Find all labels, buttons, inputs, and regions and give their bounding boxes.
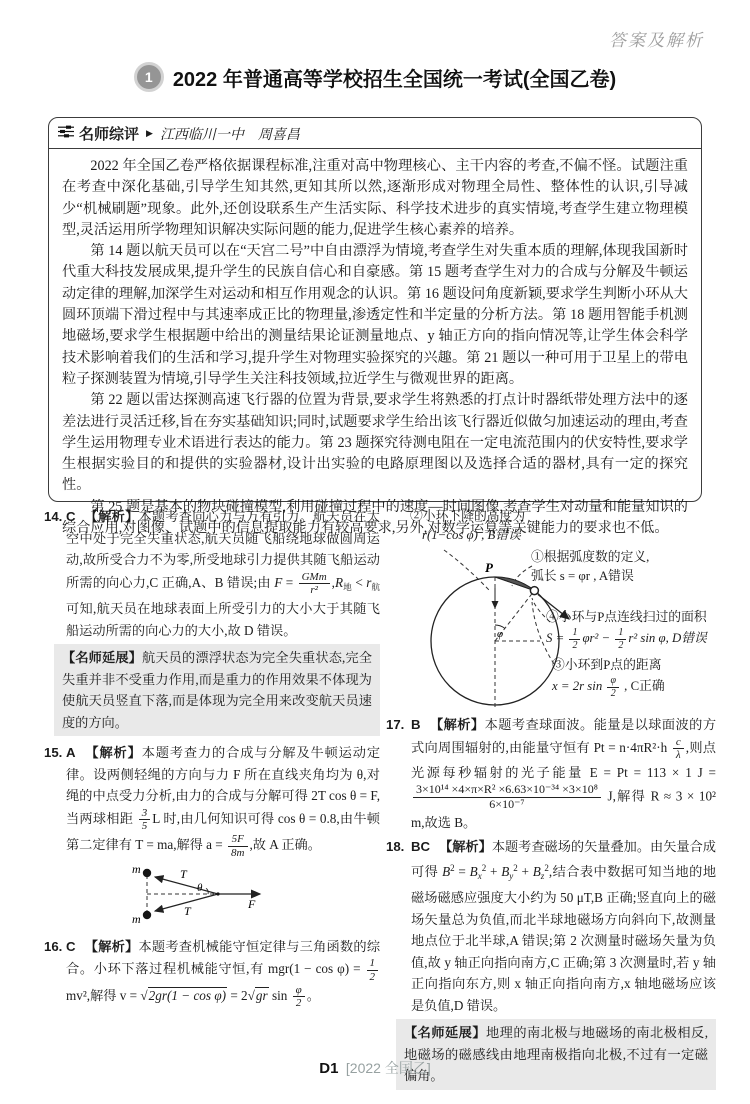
answer-item-15: 15. A【解析】本题考查力的合成与分解及牛顿运动定律。设两侧轻绳的方向与力 F… — [44, 742, 380, 859]
annotation-formula: x = 2r sin — [552, 679, 605, 693]
fraction-denominator: λ — [673, 749, 684, 762]
small-ring — [530, 587, 538, 595]
text-run: ,故 A 正确。 — [250, 837, 321, 852]
answer-item-17: 17. B【解析】本题考查球面波。能量是以球面波的方式向周围辐射的,由能量守恒有… — [386, 714, 716, 833]
fraction: cλ — [673, 736, 684, 762]
teacher-review-box: 名师综评 ▶ 江西临川一中 周喜昌 2022 年全国乙卷严格依据课程标准,注重对… — [48, 117, 702, 502]
radicand: 2gr(1 − cos φ) — [148, 987, 227, 1003]
review-header-label: 名师综评 — [79, 123, 139, 144]
math-subscript: 地 — [343, 582, 352, 592]
annotation-line: ③小环到P点的距离 — [552, 656, 665, 675]
mass-label: m — [132, 912, 141, 926]
text-run: < — [352, 575, 366, 590]
fraction: 12 — [367, 957, 379, 983]
math-var: B — [470, 864, 478, 879]
radical-sign: √ — [140, 988, 147, 1003]
extension-tag: 【名师延展】 — [404, 1025, 486, 1040]
fraction-denominator: 5 — [139, 820, 151, 833]
angle-phi-label: φ — [497, 628, 503, 640]
annotation-height: ②小环下降的高度为 r(1−cos φ) , B错误 — [410, 507, 525, 545]
section-number-badge: 1 — [134, 62, 164, 92]
review-author: 江西临川一中 周喜昌 — [160, 124, 300, 144]
fraction: 35 — [139, 807, 151, 833]
review-paragraph: 第 22 题以雷达探测高速飞行器的位置为背景,要求学生将熟悉的打点计时器纸带处理… — [62, 390, 688, 496]
answer-number: 18. — [386, 836, 404, 858]
fraction: φ2 — [293, 984, 305, 1010]
answer-item-14: 14. C【解析】本题考查向心力与万有引力。航天员在太空中处于完全失重状态,航天… — [44, 506, 380, 641]
math-var: B — [442, 864, 450, 879]
force-diagram: m m T T θ F — [130, 863, 380, 934]
math-var: B — [533, 864, 541, 879]
text-run: = 2 — [227, 988, 248, 1003]
analysis-tag: 【解析】 — [85, 509, 139, 524]
fraction-denominator: 2 — [615, 640, 626, 652]
square-root: √2gr(1 − cos φ) — [140, 987, 227, 1003]
teacher-extension-note: 【名师延展】航天员的漂浮状态为完全失重状态,完全失重并非不受重力作用,而是重力的… — [54, 644, 380, 736]
fraction-denominator: 2 — [607, 688, 619, 700]
fraction: 3×10¹⁴ ×4×π×R² ×6.63×10⁻³⁴ ×3×10⁸6×10⁻⁷ — [413, 783, 601, 812]
radical-sign: √ — [248, 988, 255, 1003]
page-footer: D1 [2022 全国乙] — [0, 1058, 750, 1078]
answer-number: 16. — [44, 936, 62, 958]
annotation-formula: , C正确 — [621, 679, 665, 693]
text-run: = — [282, 575, 296, 590]
footer-exam-tag: [2022 全国乙] — [346, 1060, 431, 1076]
fraction-numerator: c — [673, 736, 684, 750]
fraction-numerator: φ — [607, 675, 619, 688]
fraction-numerator: 1 — [367, 957, 379, 971]
fraction-denominator: r² — [299, 584, 330, 597]
annotation-line: 弧长 s = φr , A错误 — [531, 567, 649, 586]
review-paragraph: 2022 年全国乙卷严格依据课程标准,注重对高中物理核心、主干内容的考查,不偏不… — [62, 156, 688, 241]
text-run: + — [518, 864, 533, 879]
fraction: 12 — [569, 627, 580, 651]
page-corner-label: 答案及解析 — [609, 26, 704, 51]
answer-number: 15. — [44, 742, 62, 764]
tension-label: T — [180, 867, 188, 881]
text-run: 。 — [307, 988, 320, 1003]
fraction-numerator: 1 — [615, 627, 626, 640]
annotation-formula: r(1−cos φ) , B错误 — [422, 528, 521, 542]
angle-label: θ — [197, 882, 203, 894]
mass-label: m — [132, 863, 141, 876]
footer-page-code: D1 — [319, 1060, 338, 1077]
annotation-line: ④小环与P点连线扫过的面积 — [546, 608, 718, 627]
fraction-denominator: 2 — [293, 997, 305, 1010]
annotation-formula: φr² − — [582, 631, 613, 645]
fraction-numerator: 1 — [569, 627, 580, 640]
left-column: 14. C【解析】本题考查向心力与万有引力。航天员在太空中处于完全失重状态,航天… — [44, 506, 380, 1013]
math-subscript: 航 — [371, 582, 380, 592]
analysis-tag: 【解析】 — [85, 745, 142, 760]
fraction-numerator: φ — [293, 984, 305, 998]
exam-title-row: 1 2022 年普通高等学校招生全国统一考试(全国乙卷) — [0, 62, 750, 92]
text-run: sin — [269, 988, 291, 1003]
answer-letter: C — [66, 939, 76, 954]
answer-letter: C — [66, 509, 76, 524]
annotation-formula: r² sin φ, D错误 — [628, 631, 706, 645]
answer-letter: A — [66, 745, 76, 760]
text-run: + — [486, 864, 501, 879]
fraction-denominator: 2 — [367, 971, 379, 984]
fraction-numerator: GMm — [299, 571, 330, 585]
fraction-denominator: 6×10⁻⁷ — [413, 798, 601, 812]
fraction: GMmr² — [299, 571, 330, 597]
annotation-swept-area: ④小环与P点连线扫过的面积 S = 12φr² − 12r² sin φ, D错… — [546, 608, 718, 651]
answer-letter: BC — [411, 839, 430, 854]
answer-page: 答案及解析 1 2022 年普通高等学校招生全国统一考试(全国乙卷) 名师综评 … — [0, 0, 750, 1104]
analysis-tag: 【解析】 — [439, 839, 492, 854]
fraction: 12 — [615, 627, 626, 651]
review-header: 名师综评 ▶ 江西临川一中 周喜昌 — [49, 118, 701, 149]
fraction-numerator: 3×10¹⁴ ×4×π×R² ×6.63×10⁻³⁴ ×3×10⁸ — [413, 783, 601, 798]
triangle-marker-icon: ▶ — [146, 128, 153, 139]
analysis-tag: 【解析】 — [430, 717, 485, 732]
answer-number: 17. — [386, 714, 404, 736]
force-label: F — [247, 897, 256, 911]
fraction: 5F8m — [228, 833, 247, 859]
annotation-arc-length: ①根据弧度数的定义, 弧长 s = φr , A错误 — [531, 548, 649, 586]
fraction-numerator: 3 — [139, 807, 151, 821]
sliders-icon — [58, 125, 74, 143]
answer-letter: B — [411, 717, 421, 732]
fraction-denominator: 2 — [569, 640, 580, 652]
fraction: φ2 — [607, 675, 619, 699]
review-paragraph: 第 14 题以航天员可以在“天宫二号”中自由漂浮为情境,考查学生对失重本质的理解… — [62, 241, 688, 390]
extension-tag: 【名师延展】 — [62, 650, 142, 665]
tension-label: T — [184, 904, 192, 918]
text-run: ,结合表中数据可知当地的地磁场磁感应强度大小约为 50 μT,B 正确;竖直向上… — [411, 864, 716, 1013]
annotation-distance: ③小环到P点的距离 x = 2r sin φ2 , C正确 — [552, 656, 665, 699]
analysis-tag: 【解析】 — [85, 939, 139, 954]
ball-bottom — [143, 911, 151, 919]
annotation-line: x = 2r sin φ2 , C正确 — [552, 675, 665, 699]
exam-title: 2022 年普通高等学校招生全国统一考试(全国乙卷) — [173, 63, 616, 92]
review-body: 2022 年全国乙卷严格依据课程标准,注重对高中物理核心、主干内容的考查,不偏不… — [49, 149, 701, 539]
fraction-denominator: 8m — [228, 847, 247, 860]
annotation-formula: S = — [546, 631, 567, 645]
text-run: mv²,解得 v = — [66, 988, 140, 1003]
annotation-line: S = 12φr² − 12r² sin φ, D错误 — [546, 627, 718, 651]
annotation-line: ②小环下降的高度为 — [410, 507, 525, 526]
answer-number: 14. — [44, 506, 62, 528]
annotation-line: ①根据弧度数的定义, — [531, 548, 649, 567]
point-p-label: P — [485, 560, 494, 575]
answer-item-18: 18. BC【解析】本题考查磁场的矢量叠加。由矢量合成可得 B2 = Bx2 +… — [386, 836, 716, 1016]
teacher-extension-note: 【名师延展】地理的南北极与地磁场的南北极相反,地磁场的磁感线由地理南极指向北极,… — [396, 1019, 716, 1090]
circle-diagram: P φ ②小环下降的高度为 r(1−cos φ) , B错误 ①根据弧度数的定义… — [386, 504, 716, 711]
math-var: R — [335, 575, 343, 590]
right-column: P φ ②小环下降的高度为 r(1−cos φ) , B错误 ①根据弧度数的定义… — [386, 504, 716, 1096]
ball-top — [143, 869, 151, 877]
answer-item-16: 16. C【解析】本题考查机械能守恒定律与三角函数的综合。小环下落过程机械能守恒… — [44, 936, 380, 1010]
text-run: 可知,航天员在地球表面上所受引力的大小大于其随飞船运动所需的向心力的大小,故 D… — [66, 601, 380, 638]
annotation-line: r(1−cos φ) , B错误 — [422, 526, 525, 545]
fraction-numerator: 5F — [228, 833, 247, 847]
radicand: gr — [255, 987, 269, 1003]
square-root: √gr — [248, 987, 269, 1003]
text-run: = — [455, 864, 470, 879]
